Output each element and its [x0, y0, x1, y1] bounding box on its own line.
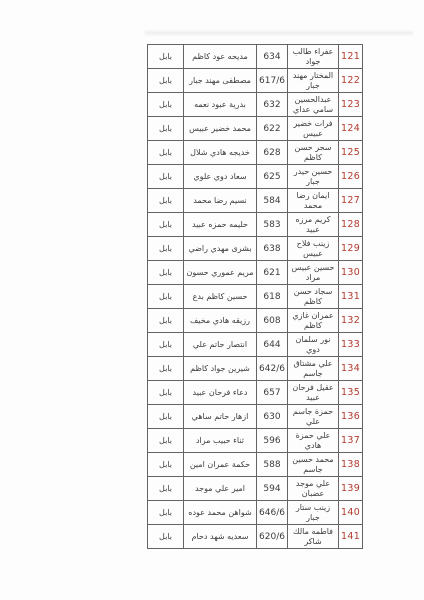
score-cell: 621 [257, 261, 288, 285]
second-name-cell: سعاد دوي علوي [184, 165, 257, 189]
score-cell: 584 [257, 189, 288, 213]
second-name-cell: امير علي موجد [184, 477, 257, 501]
score-cell: 588 [257, 453, 288, 477]
province-cell: بابل [148, 477, 184, 501]
table-row: 125 سحر حسن كاظم 628 خديجه هادي شلال باب… [148, 141, 363, 165]
score-cell: 642/6 [257, 357, 288, 381]
row-number-cell: 131 [339, 285, 363, 309]
table-row: 134 علي مشتاق جاسم 642/6 شيرين جواد كاظم… [148, 357, 363, 381]
table-row: 128 كريم مرزه عبيد 583 حليمه حمزه عبيد ب… [148, 213, 363, 237]
province-cell: بابل [148, 189, 184, 213]
table-row: 131 سجاد حسن كاظم 618 حسين كاظم بدع بابل [148, 285, 363, 309]
row-number-cell: 134 [339, 357, 363, 381]
second-name-cell: مصطفى مهند جبار [184, 69, 257, 93]
second-name-cell: خديجه هادي شلال [184, 141, 257, 165]
row-number-cell: 132 [339, 309, 363, 333]
row-number-cell: 135 [339, 381, 363, 405]
scanned-document-page: 121 عفراء طالب جواد 634 مديحه عود كاظم ب… [0, 0, 424, 600]
province-cell: بابل [148, 45, 184, 69]
name-cell: فاطمه مالك شاكر [288, 525, 339, 549]
score-cell: 617/6 [257, 69, 288, 93]
province-cell: بابل [148, 429, 184, 453]
table-row: 132 عمران غازي كاظم 608 رزيقه هادي مخيف … [148, 309, 363, 333]
name-cell: حسين عبيس مراد [288, 261, 339, 285]
name-cell: عبدالحسين سامي عداي [288, 93, 339, 117]
second-name-cell: شواهن محمد عوده [184, 501, 257, 525]
second-name-cell: حليمه حمزه عبيد [184, 213, 257, 237]
row-number-cell: 137 [339, 429, 363, 453]
name-cell: علي موجد عضبان [288, 477, 339, 501]
row-number-cell: 127 [339, 189, 363, 213]
name-cell: عفراء طالب جواد [288, 45, 339, 69]
second-name-cell: دعاء فرحان عبيد [184, 381, 257, 405]
table-row: 136 حمزة جاسم علي 630 ازهار حاتم ساهي با… [148, 405, 363, 429]
second-name-cell: سعديه شهد دحام [184, 525, 257, 549]
score-cell: 644 [257, 333, 288, 357]
table-row: 138 محمد حسين جاسم 588 حكمة عمران امين ب… [148, 453, 363, 477]
second-name-cell: شيرين جواد كاظم [184, 357, 257, 381]
results-table: 121 عفراء طالب جواد 634 مديحه عود كاظم ب… [147, 44, 363, 549]
province-cell: بابل [148, 381, 184, 405]
row-number-cell: 122 [339, 69, 363, 93]
score-cell: 646/6 [257, 501, 288, 525]
row-number-cell: 128 [339, 213, 363, 237]
second-name-cell: ازهار حاتم ساهي [184, 405, 257, 429]
name-cell: علي حمزة هادي [288, 429, 339, 453]
score-cell: 657 [257, 381, 288, 405]
score-cell: 618 [257, 285, 288, 309]
score-cell: 596 [257, 429, 288, 453]
score-cell: 628 [257, 141, 288, 165]
score-cell: 594 [257, 477, 288, 501]
score-cell: 625 [257, 165, 288, 189]
table-row: 135 عقيل فرحان عبيد 657 دعاء فرحان عبيد … [148, 381, 363, 405]
province-cell: بابل [148, 501, 184, 525]
name-cell: سجاد حسن كاظم [288, 285, 339, 309]
table-row: 129 زينب فلاح عبيس 638 بشرى مهدي راضي با… [148, 237, 363, 261]
table-row: 127 ايمان رضا محمد 584 نسيم رضا محمد باب… [148, 189, 363, 213]
table-row: 140 زينب ستار جبار 646/6 شواهن محمد عوده… [148, 501, 363, 525]
row-number-cell: 138 [339, 453, 363, 477]
table-body: 121 عفراء طالب جواد 634 مديحه عود كاظم ب… [148, 45, 363, 549]
second-name-cell: بدرية عبود نعمه [184, 93, 257, 117]
score-cell: 638 [257, 237, 288, 261]
province-cell: بابل [148, 69, 184, 93]
row-number-cell: 140 [339, 501, 363, 525]
table-row: 121 عفراء طالب جواد 634 مديحه عود كاظم ب… [148, 45, 363, 69]
row-number-cell: 130 [339, 261, 363, 285]
name-cell: حسين حيدر جبار [288, 165, 339, 189]
name-cell: حمزة جاسم علي [288, 405, 339, 429]
province-cell: بابل [148, 117, 184, 141]
table-row: 122 المختار مهند جبار 617/6 مصطفى مهند ج… [148, 69, 363, 93]
row-number-cell: 139 [339, 477, 363, 501]
row-number-cell: 124 [339, 117, 363, 141]
score-cell: 634 [257, 45, 288, 69]
province-cell: بابل [148, 333, 184, 357]
name-cell: زينب فلاح عبيس [288, 237, 339, 261]
name-cell: كريم مرزه عبيد [288, 213, 339, 237]
row-number-cell: 133 [339, 333, 363, 357]
province-cell: بابل [148, 357, 184, 381]
table-row: 124 فرات خضير عبيس 622 محمد خضير عبيس با… [148, 117, 363, 141]
name-cell: فرات خضير عبيس [288, 117, 339, 141]
name-cell: ايمان رضا محمد [288, 189, 339, 213]
name-cell: المختار مهند جبار [288, 69, 339, 93]
second-name-cell: حكمة عمران امين [184, 453, 257, 477]
table-row: 141 فاطمه مالك شاكر 620/6 سعديه شهد دحام… [148, 525, 363, 549]
second-name-cell: ثناء حبيب مراد [184, 429, 257, 453]
second-name-cell: نسيم رضا محمد [184, 189, 257, 213]
second-name-cell: بشرى مهدي راضي [184, 237, 257, 261]
second-name-cell: حسين كاظم بدع [184, 285, 257, 309]
score-cell: 608 [257, 309, 288, 333]
name-cell: سحر حسن كاظم [288, 141, 339, 165]
score-cell: 622 [257, 117, 288, 141]
name-cell: زينب ستار جبار [288, 501, 339, 525]
province-cell: بابل [148, 453, 184, 477]
table-row: 126 حسين حيدر جبار 625 سعاد دوي علوي باب… [148, 165, 363, 189]
table-row: 130 حسين عبيس مراد 621 مريم عموري حسون ب… [148, 261, 363, 285]
province-cell: بابل [148, 261, 184, 285]
row-number-cell: 123 [339, 93, 363, 117]
name-cell: نور سلمان دوي [288, 333, 339, 357]
row-number-cell: 121 [339, 45, 363, 69]
name-cell: محمد حسين جاسم [288, 453, 339, 477]
name-cell: عمران غازي كاظم [288, 309, 339, 333]
second-name-cell: رزيقه هادي مخيف [184, 309, 257, 333]
province-cell: بابل [148, 405, 184, 429]
second-name-cell: مريم عموري حسون [184, 261, 257, 285]
second-name-cell: انتصار حاتم علي [184, 333, 257, 357]
score-cell: 632 [257, 93, 288, 117]
table-row: 139 علي موجد عضبان 594 امير علي موجد باب… [148, 477, 363, 501]
row-number-cell: 125 [339, 141, 363, 165]
province-cell: بابل [148, 285, 184, 309]
row-number-cell: 126 [339, 165, 363, 189]
province-cell: بابل [148, 525, 184, 549]
row-number-cell: 141 [339, 525, 363, 549]
name-cell: علي مشتاق جاسم [288, 357, 339, 381]
row-number-cell: 129 [339, 237, 363, 261]
table-row: 123 عبدالحسين سامي عداي 632 بدرية عبود ن… [148, 93, 363, 117]
province-cell: بابل [148, 213, 184, 237]
province-cell: بابل [148, 141, 184, 165]
scan-artifact [145, 31, 413, 35]
table-row: 133 نور سلمان دوي 644 انتصار حاتم علي با… [148, 333, 363, 357]
score-cell: 583 [257, 213, 288, 237]
name-cell: عقيل فرحان عبيد [288, 381, 339, 405]
second-name-cell: محمد خضير عبيس [184, 117, 257, 141]
second-name-cell: مديحه عود كاظم [184, 45, 257, 69]
province-cell: بابل [148, 309, 184, 333]
province-cell: بابل [148, 93, 184, 117]
score-cell: 630 [257, 405, 288, 429]
province-cell: بابل [148, 237, 184, 261]
province-cell: بابل [148, 165, 184, 189]
score-cell: 620/6 [257, 525, 288, 549]
table-row: 137 علي حمزة هادي 596 ثناء حبيب مراد باب… [148, 429, 363, 453]
row-number-cell: 136 [339, 405, 363, 429]
